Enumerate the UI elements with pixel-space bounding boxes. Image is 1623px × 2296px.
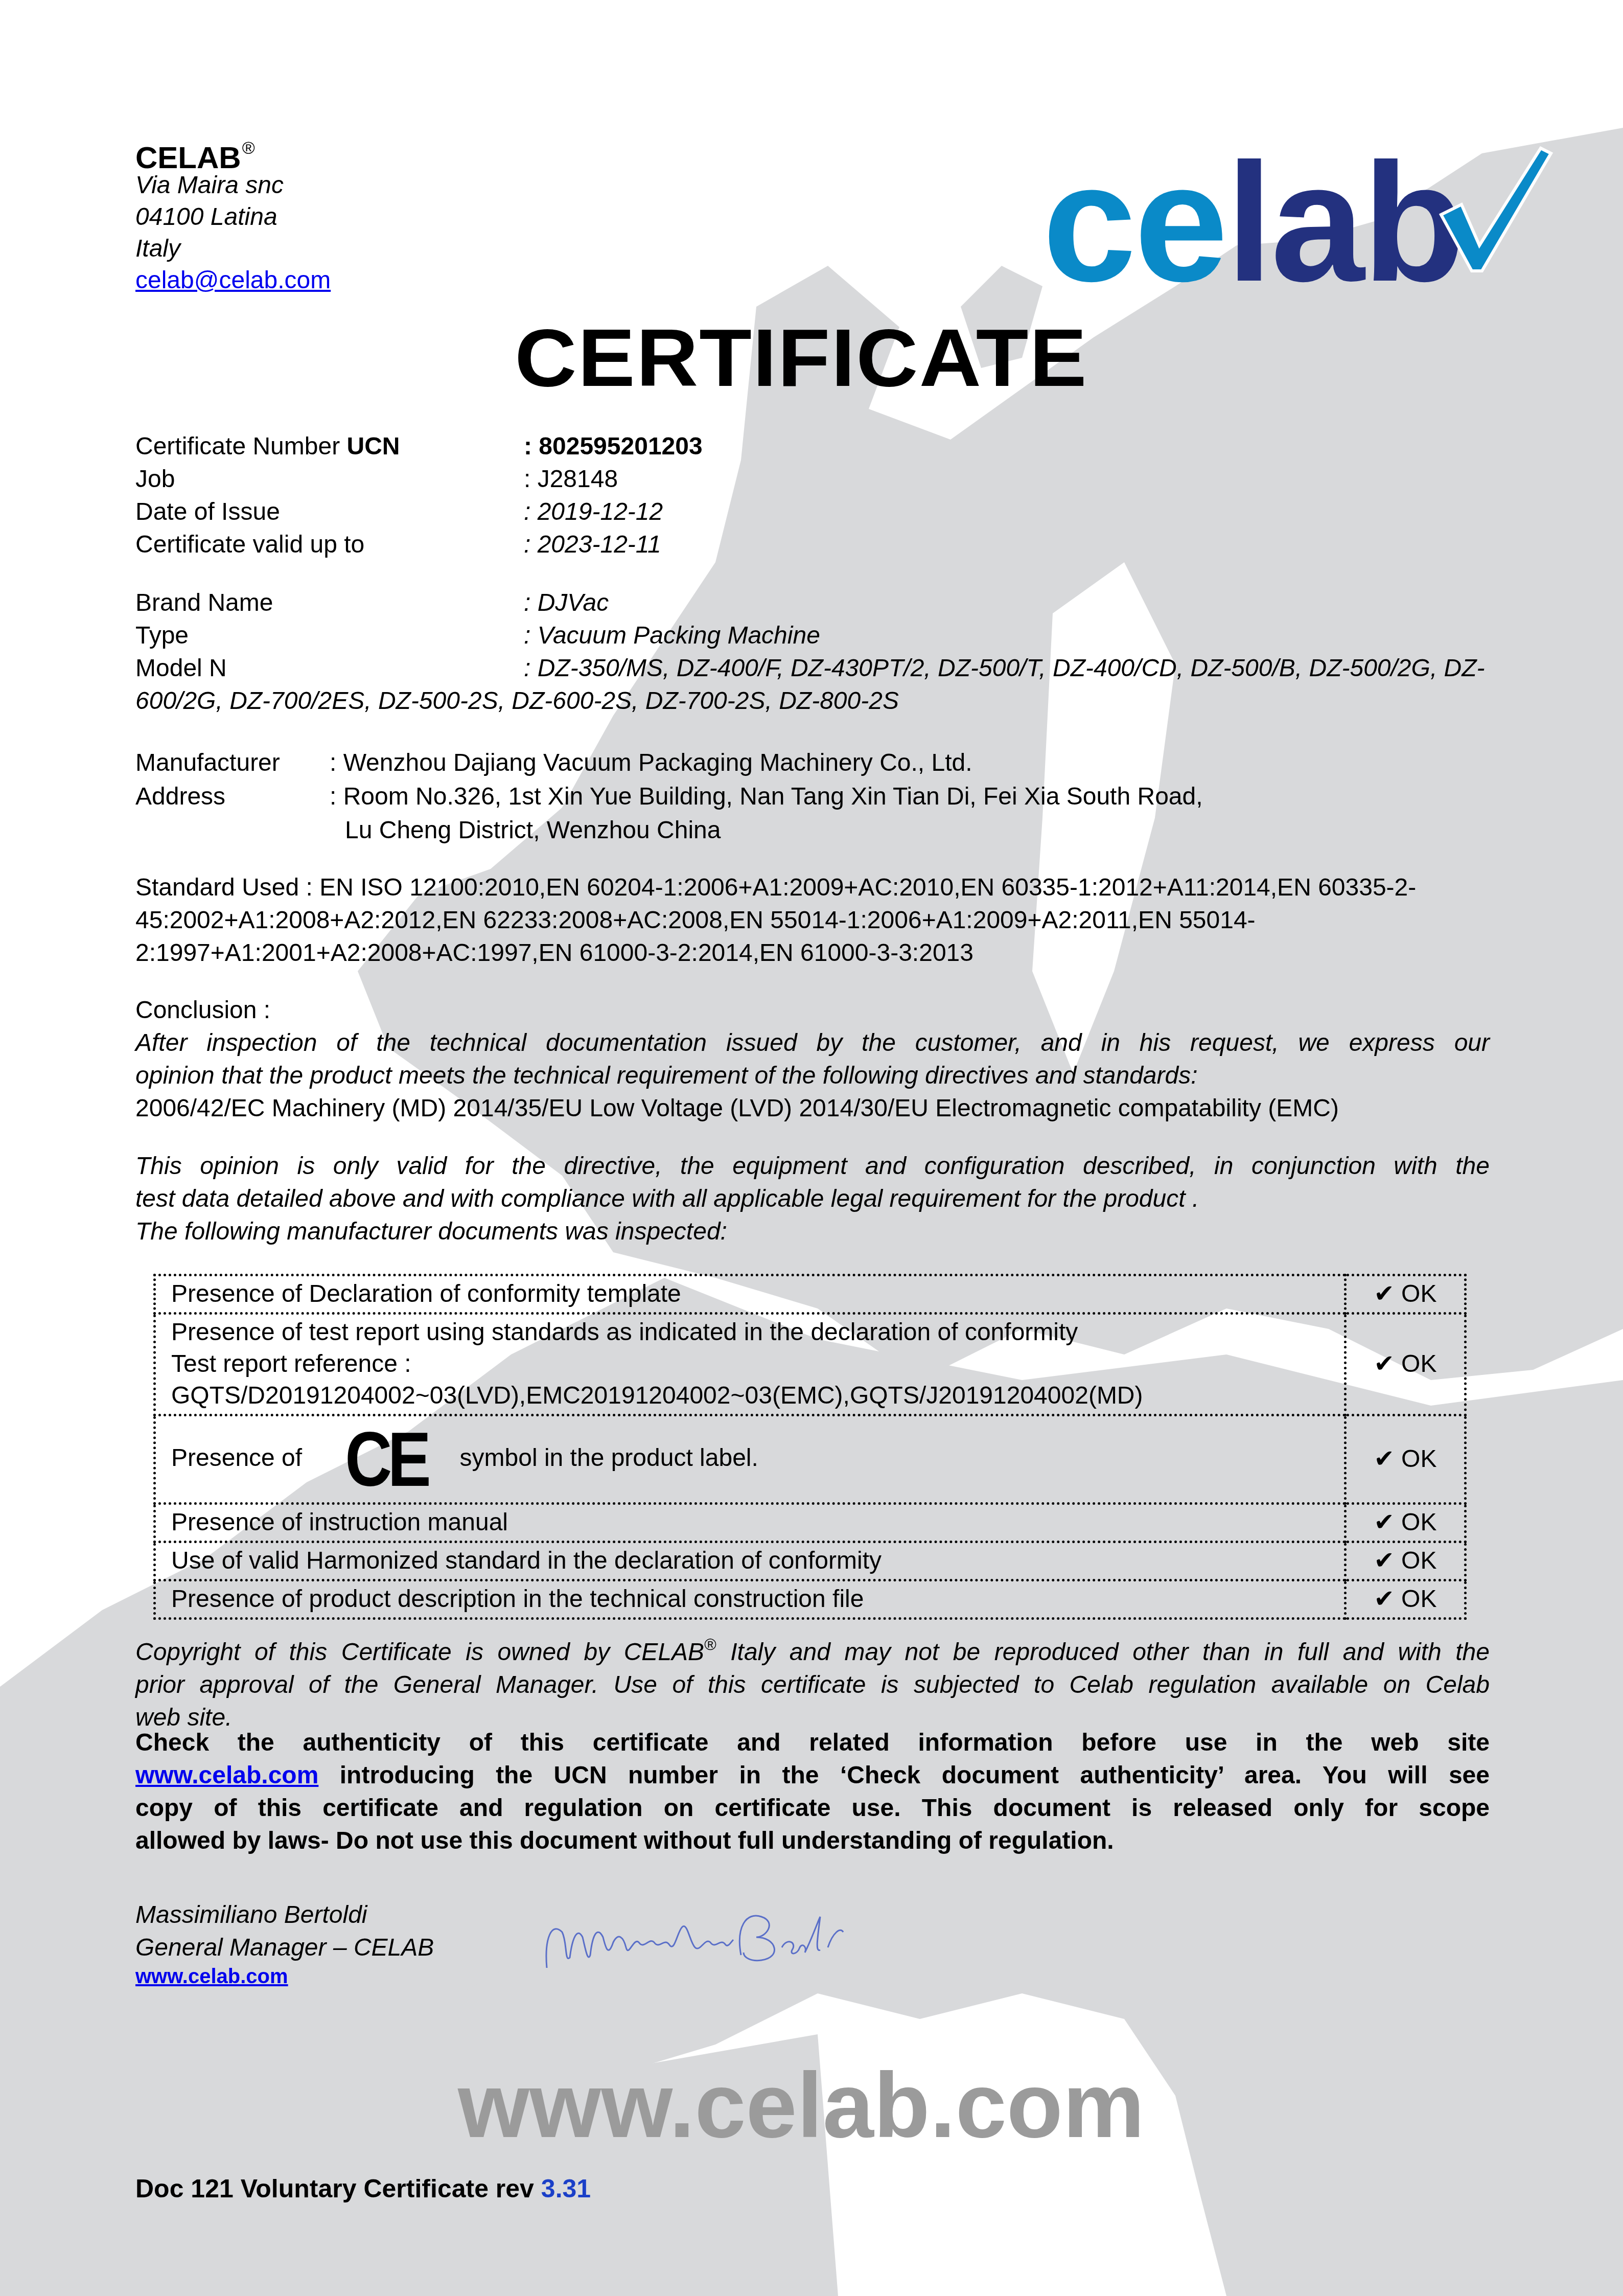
conclusion-text: After inspection of the technical docume… (135, 1027, 1490, 1060)
info-row-type: Type : Vacuum Packing Machine (135, 619, 1490, 652)
address-line: Lu Cheng District, Wenzhou China (330, 814, 1203, 847)
check-line: Presence of (171, 1444, 302, 1472)
address-line: 04100 Latina (135, 201, 331, 233)
opinion-text: test data detailed above and with compli… (135, 1183, 1490, 1215)
check-result: ✔ OK (1346, 1542, 1466, 1580)
opinion-text: This opinion is only valid for the direc… (135, 1150, 1490, 1183)
check-line: symbol in the product label. (460, 1444, 758, 1472)
check-result: ✔ OK (1346, 1580, 1466, 1619)
copyright-text: prior approval of the General Manager. U… (135, 1669, 1490, 1702)
signer-role: General Manager – CELAB (135, 1932, 434, 1964)
inspection-checklist: Presence of Declaration of conformity te… (153, 1274, 1467, 1620)
copyright-notice: Copyright of this Certificate is owned b… (135, 1628, 1490, 1734)
table-row: Presence of test report using standards … (155, 1314, 1466, 1415)
website-link[interactable]: www.celab.com (135, 1762, 318, 1789)
check-description: Presence of test report using standards … (155, 1314, 1346, 1415)
info-row-issue-date: Date of Issue : 2019-12-12 (135, 496, 1490, 529)
check-line: Test report reference : (171, 1348, 1329, 1380)
table-row: Presence ofCEsymbol in the product label… (155, 1415, 1466, 1504)
product-type: : Vacuum Packing Machine (524, 619, 1490, 652)
logo-text-lab: lab (1226, 128, 1464, 316)
table-row: Presence of Declaration of conformity te… (155, 1275, 1466, 1314)
opinion-section: This opinion is only valid for the direc… (135, 1150, 1490, 1248)
info-label: Model N (135, 652, 524, 685)
page-title: CERTIFICATE (0, 312, 1623, 404)
logo-checkmark-icon (1431, 143, 1554, 276)
authenticity-text: Check the authenticity of this certifica… (135, 1727, 1490, 1759)
brand-name: : DJVac (524, 587, 1490, 619)
check-description: Presence ofCEsymbol in the product label… (155, 1415, 1346, 1504)
info-row-job: Job : J28148 (135, 463, 1490, 496)
standards-used: Standard Used : EN ISO 12100:2010,EN 602… (135, 871, 1490, 970)
valid-until-date: : 2023-12-11 (524, 529, 1490, 561)
authenticity-text: allowed by laws- Do not use this documen… (135, 1825, 1490, 1857)
conclusion-section: Conclusion : After inspection of the tec… (135, 994, 1490, 1125)
address-line: Via Maira snc (135, 170, 331, 201)
issuer-address: Via Maira snc 04100 Latina Italy celab@c… (135, 170, 331, 296)
info-label: Brand Name (135, 587, 524, 619)
standards-list: : EN ISO 12100:2010,EN 60204-1:2006+A1:2… (135, 874, 1416, 967)
conclusion-label: Conclusion : (135, 994, 1490, 1027)
info-label: Standard Used (135, 874, 299, 901)
document-id: Doc 121 Voluntary Certificate rev (135, 2174, 541, 2203)
address-line: : Room No.326, 1st Xin Yue Building, Nan… (330, 780, 1203, 814)
info-row-address: Address : Room No.326, 1st Xin Yue Build… (135, 780, 1490, 847)
info-label: Date of Issue (135, 496, 524, 529)
conclusion-text: opinion that the product meets the techn… (135, 1060, 1490, 1092)
ce-mark-icon: CE (345, 1421, 427, 1498)
manufacturer-address: : Room No.326, 1st Xin Yue Building, Nan… (330, 780, 1203, 847)
check-description: Presence of Declaration of conformity te… (155, 1275, 1346, 1314)
issuer-name: CELAB® (135, 130, 255, 176)
opinion-text: The following manufacturer documents was… (135, 1215, 1490, 1248)
info-row-model: Model N: DZ-350/MS, DZ-400/F, DZ-430PT/2… (135, 652, 1490, 718)
issuer-email-link[interactable]: celab@celab.com (135, 267, 331, 294)
manufacturer-name: : Wenzhou Dajiang Vacuum Packaging Machi… (330, 746, 972, 780)
copyright-text: Copyright of this Certificate is owned b… (135, 1628, 1490, 1669)
table-row: Presence of instruction manual ✔ OK (155, 1504, 1466, 1542)
info-label: Manufacturer (135, 746, 330, 780)
product-info: Brand Name : DJVac Type : Vacuum Packing… (135, 587, 1490, 652)
check-description: Use of valid Harmonized standard in the … (155, 1542, 1346, 1580)
signer-block: Massimiliano Bertoldi General Manager – … (135, 1899, 434, 1989)
celab-logo: celab (1042, 138, 1464, 307)
info-label: Address (135, 780, 330, 847)
table-row: Presence of product description in the t… (155, 1580, 1466, 1619)
table-row: Use of valid Harmonized standard in the … (155, 1542, 1466, 1580)
check-result: ✔ OK (1346, 1275, 1466, 1314)
logo-text-ce: ce (1042, 128, 1226, 316)
test-report-references: GQTS/D20191204002~03(LVD),EMC20191204002… (171, 1380, 1329, 1412)
revision-number: 3.31 (541, 2174, 591, 2203)
authenticity-text: www.celab.com introducing the UCN number… (135, 1759, 1490, 1792)
certificate-info: Certificate Number UCN : 802595201203 Jo… (135, 430, 1490, 561)
registered-mark: ® (242, 139, 255, 158)
check-result: ✔ OK (1346, 1504, 1466, 1542)
info-label: Type (135, 619, 524, 652)
check-description: Presence of product description in the t… (155, 1580, 1346, 1619)
signer-name: Massimiliano Bertoldi (135, 1899, 434, 1932)
signature-image (542, 1907, 869, 1973)
registered-mark: ® (704, 1635, 716, 1654)
info-row-manufacturer: Manufacturer : Wenzhou Dajiang Vacuum Pa… (135, 746, 1490, 780)
info-row-brand: Brand Name : DJVac (135, 587, 1490, 619)
authenticity-text: copy of this certificate and regulation … (135, 1792, 1490, 1825)
check-description: Presence of instruction manual (155, 1504, 1346, 1542)
signer-website-link[interactable]: www.celab.com (135, 1964, 434, 1989)
website-watermark: www.celab.com (0, 2055, 1623, 2157)
certificate-number: : 802595201203 (524, 430, 1490, 463)
check-result: ✔ OK (1346, 1314, 1466, 1415)
info-row-valid-until: Certificate valid up to : 2023-12-11 (135, 529, 1490, 561)
check-result: ✔ OK (1346, 1415, 1466, 1504)
document-footer: Doc 121 Voluntary Certificate rev 3.31 (135, 2172, 591, 2205)
authenticity-notice: Check the authenticity of this certifica… (135, 1727, 1490, 1857)
manufacturer-info: Manufacturer : Wenzhou Dajiang Vacuum Pa… (135, 746, 1490, 847)
issue-date: : 2019-12-12 (524, 496, 1490, 529)
directives-list: 2006/42/EC Machinery (MD) 2014/35/EU Low… (135, 1092, 1490, 1125)
address-line: Italy (135, 233, 331, 265)
check-line: Presence of test report using standards … (171, 1317, 1329, 1348)
info-label: Certificate Number UCN (135, 430, 524, 463)
info-label: Job (135, 463, 524, 496)
info-label: Certificate valid up to (135, 529, 524, 561)
job-number: : J28148 (524, 463, 1490, 496)
info-row-ucn: Certificate Number UCN : 802595201203 (135, 430, 1490, 463)
